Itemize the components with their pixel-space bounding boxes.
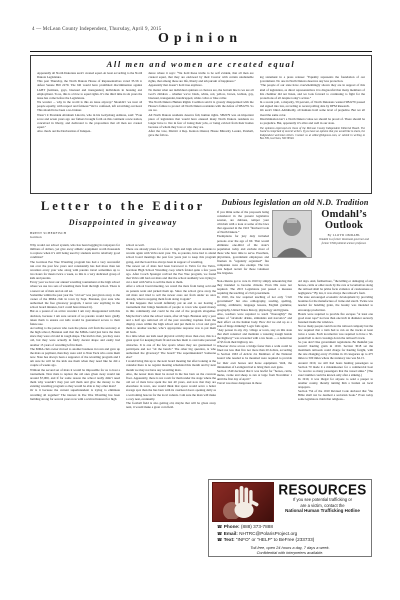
omdahl-portrait-photo	[272, 210, 312, 258]
letter-byline: BRENT SCHERFISCH Garrison	[30, 231, 216, 240]
editorial-column-3-text: ing statement in a press release: “Equal…	[260, 75, 365, 125]
outlook-title-line2: Outlook	[315, 221, 373, 232]
letter-column-2: school as well. There are already plans …	[126, 243, 216, 543]
letters-section: Letter to the Editor Disappointed in giv…	[30, 199, 216, 543]
omdahl-column-1: If you think some of the proposals being…	[217, 210, 269, 276]
ad-footnote-line2: Confidential with interpreters available…	[257, 550, 324, 555]
contact-row-phone: ☎Phone: (888) 373-7888	[217, 524, 368, 531]
editorial-headline: All men and women are created equal	[37, 59, 365, 69]
omdahl-headline: Dubious legislation an old N.D. Traditio…	[217, 198, 373, 207]
ad-top-row: RESOURCES If you see potential trafficki…	[212, 482, 368, 522]
ad-footnote: Toll-free, open 24 hours a day, 7 days a…	[212, 545, 368, 555]
contact-label: Text:	[224, 537, 235, 542]
letter-headline: Disappointed in giveaway	[30, 218, 216, 227]
letters-heading: Letter to the Editor	[30, 199, 216, 214]
omdahl-column: Dubious legislation an old N.D. Traditio…	[217, 198, 373, 465]
contact-value: (888) 373-7888	[241, 524, 273, 529]
letter-columns: Why would our school system, who has bee…	[30, 243, 216, 543]
letter-author-location: Garrison	[30, 235, 216, 239]
phone-icon: ☎	[217, 537, 222, 542]
hotline-name: National Human Trafficking Hotline	[277, 508, 368, 514]
ad-line-2-text: are a victim, contact the	[300, 503, 344, 508]
ad-text-block: RESOURCES If you see potential trafficki…	[277, 482, 368, 522]
contact-label: Phone:	[224, 524, 240, 529]
contact-value: NHTRC@PolarisProject.org	[239, 531, 297, 536]
portrait-silhouette-icon	[273, 211, 311, 257]
contact-row-text: ☎Text: “INFO” or “HELP” to BeFree (23373…	[217, 537, 368, 544]
newspaper-page: 4 — McLean County Independent, Thursday,…	[0, 0, 400, 600]
phone-icon: ☎	[217, 524, 222, 529]
ad-line-1: If you see potential trafficking or are …	[277, 497, 368, 508]
editorial-column-3: ing statement in a press release: “Equal…	[260, 71, 365, 185]
omdahl-column-3: old days. And, furthermore, “the killing…	[298, 279, 373, 465]
ad-title: RESOURCES	[277, 482, 368, 497]
ad-line-1-text: If you see potential trafficking or	[293, 497, 352, 502]
phone-icon: ☎	[217, 531, 222, 536]
editorial-article: All men and women are created equal Appa…	[30, 55, 372, 194]
hand-stop-icon	[223, 485, 263, 519]
omdahl-outlook-box: Omdahl’s Outlook By LLOYD OMDAHL Omdahl …	[315, 210, 373, 276]
omdahl-column-2: Non-citizens got to vote in 1910 by simp…	[217, 279, 292, 465]
omdahl-credit: Omdahl is a former lieutenant governor a…	[315, 238, 373, 245]
letter-column-1: Why would our school system, who has bee…	[30, 243, 120, 543]
stop-hand-photo	[212, 482, 274, 522]
contact-row-email: ☎Email: NHTRC@PolarisProject.org	[217, 531, 368, 538]
omdahl-header-row: If you think some of the proposals being…	[217, 210, 373, 276]
contact-value: “INFO” or “HELP” to BeFree (233733)	[236, 537, 314, 542]
editorial-columns: Apparently all North Dakotans aren’t cre…	[37, 71, 365, 185]
editorial-disclaimer: The opinions expressed are those of the …	[260, 127, 365, 142]
contact-label: Email:	[224, 531, 238, 536]
section-title: Opinion	[0, 31, 400, 47]
editorial-column-1: Apparently all North Dakotans aren’t cre…	[37, 71, 142, 185]
omdahl-body-columns: Non-citizens got to vote in 1910 by simp…	[217, 279, 373, 465]
section-divider	[30, 51, 372, 52]
omdahl-byline: By LLOYD OMDAHL	[315, 233, 373, 237]
ad-contact-list: ☎Phone: (888) 373-7888 ☎Email: NHTRC@Pol…	[212, 524, 368, 544]
trafficking-hotline-ad: RESOURCES If you see potential trafficki…	[208, 479, 372, 557]
editorial-column-2: dence where it says: “We hold these trut…	[148, 71, 253, 185]
